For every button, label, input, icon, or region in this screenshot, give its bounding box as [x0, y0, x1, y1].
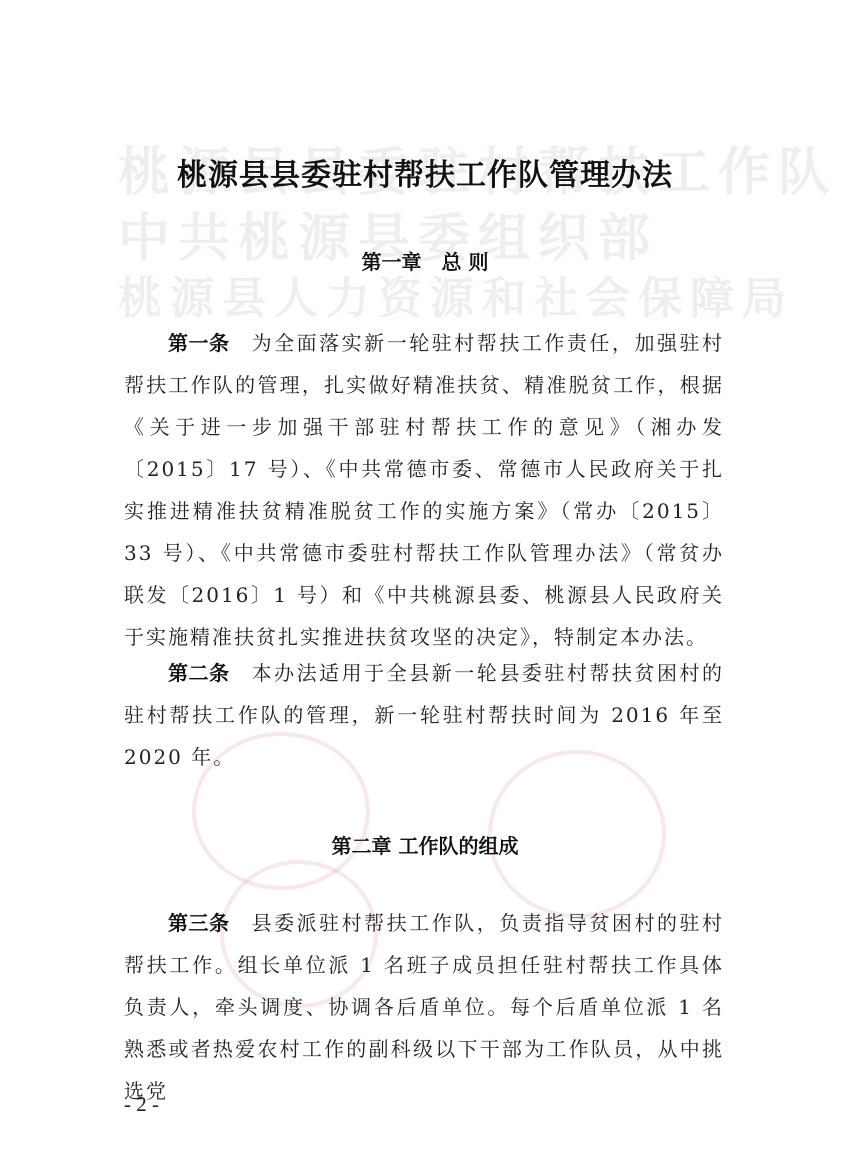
article-2: 第二条本办法适用于全县新一轮县委驻村帮扶贫困村的驻村帮扶工作队的管理，新一轮驻村… [124, 652, 724, 778]
article-label: 第一条 [168, 331, 230, 355]
chapter-heading-1: 第一章 总 则 [0, 246, 850, 275]
article-text: 为全面落实新一轮驻村帮扶工作责任，加强驻村帮扶工作队的管理，扎实做好精准扶贫、精… [124, 331, 724, 649]
document-page: 桃源县县委驻村帮扶工作队 中共桃源县委组织部 桃源县人力资源和社会保障局 桃源县… [0, 0, 850, 1169]
article-1: 第一条为全面落实新一轮驻村帮扶工作责任，加强驻村帮扶工作队的管理，扎实做好精准扶… [124, 322, 724, 658]
page-number: - 2 - [124, 1092, 159, 1117]
article-label: 第三条 [168, 911, 230, 935]
article-label: 第二条 [168, 661, 230, 685]
article-3: 第三条县委派驻村帮扶工作队，负责指导贫困村的驻村帮扶工作。组长单位派 1 名班子… [124, 902, 724, 1112]
chapter-heading-2: 第二章 工作队的组成 [0, 830, 850, 859]
document-title: 桃源县县委驻村帮扶工作队管理办法 [0, 150, 850, 194]
article-text: 县委派驻村帮扶工作队，负责指导贫困村的驻村帮扶工作。组长单位派 1 名班子成员担… [124, 911, 724, 1103]
